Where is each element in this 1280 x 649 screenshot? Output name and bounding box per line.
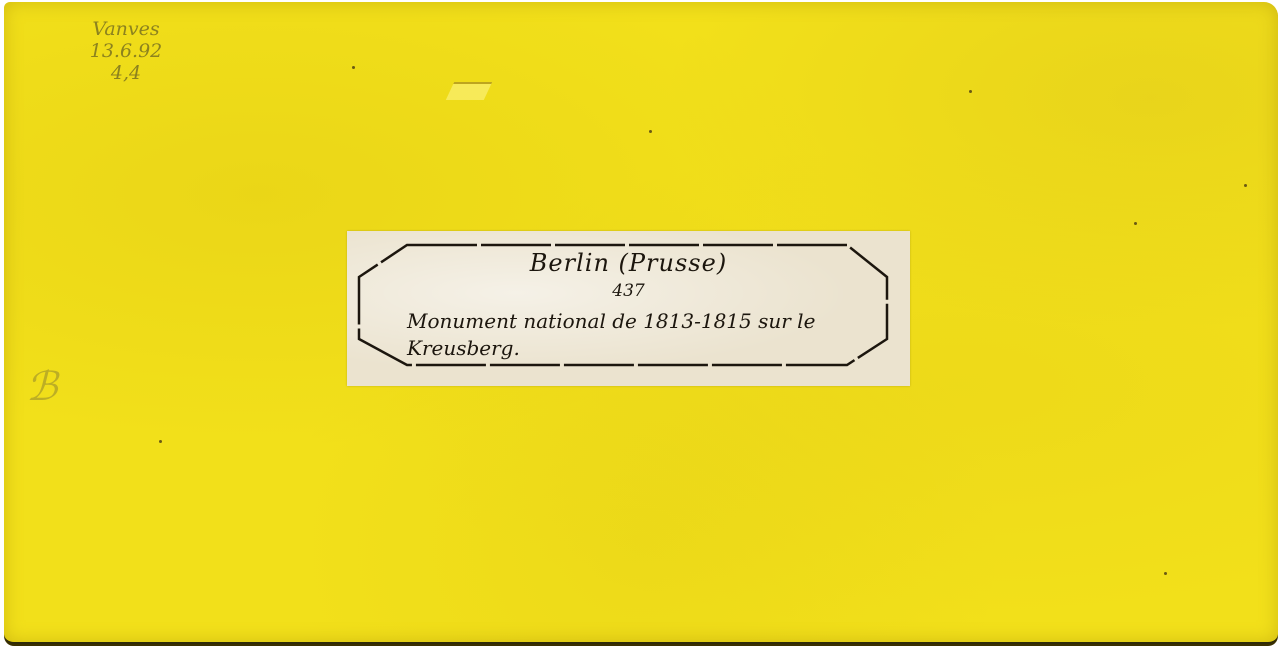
speck bbox=[352, 66, 355, 69]
pencil-line-number: 4,4 bbox=[66, 62, 186, 84]
speck bbox=[1244, 184, 1247, 187]
speck bbox=[1134, 222, 1137, 225]
label-description-line-1: Monument national de 1813-1815 sur le bbox=[407, 309, 815, 333]
label-description-line-2: Kreusberg. bbox=[407, 336, 520, 360]
speck bbox=[1164, 572, 1167, 575]
label-number: 437 bbox=[347, 281, 910, 301]
speck bbox=[969, 90, 972, 93]
label-city: Berlin (Prusse) bbox=[347, 249, 910, 277]
paper-label: Berlin (Prusse) 437 Monument national de… bbox=[347, 231, 910, 386]
paper-scuff bbox=[446, 82, 492, 100]
speck bbox=[159, 440, 162, 443]
pencil-line-date: 13.6.92 bbox=[66, 40, 186, 62]
pencil-margin-mark: ℬ bbox=[26, 364, 57, 410]
speck bbox=[649, 130, 652, 133]
pencil-line-place: Vanves bbox=[66, 18, 186, 40]
pencil-inscription: Vanves 13.6.92 4,4 bbox=[66, 18, 186, 84]
